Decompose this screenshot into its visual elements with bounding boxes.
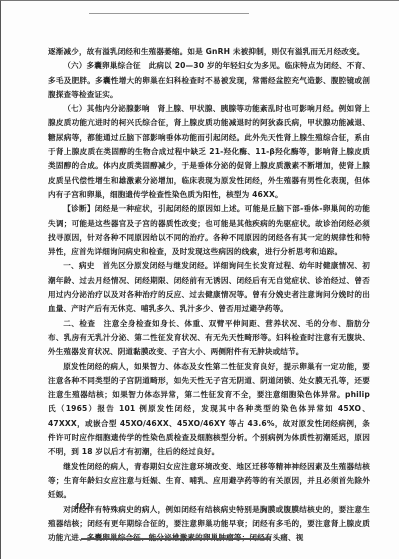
paragraph-text: 注意全身检查如身长、体重、双臂平伸间距、营养状况、毛的分布、脂肪分布、乳房有无乳… bbox=[48, 319, 370, 357]
paragraph-diagnosis: 【诊断】闭经是一种症状，引起闭经的原因如上述。可能是丘脑下部-垂体-卵巢间的功能… bbox=[48, 202, 370, 259]
body-text: 逐渐减少，故有溢乳闭经和生殖器萎缩。如是 GnRH 未被抑制，则仅有溢乳而无月经… bbox=[48, 45, 370, 545]
page-number: 402 bbox=[74, 501, 91, 511]
paragraph-examination: 二、检查 注意全身检查如身长、体重、双臂平伸间距、营养状况、毛的分布、脂肪分布、… bbox=[48, 317, 370, 360]
paragraph-primary-amenorrhea: 原发性闭经的病人，如果智力、体态及女性第二性征发育良好，提示卵巢有一定功能，要注… bbox=[48, 360, 370, 460]
section-label: （七）其他内分泌腺影响 bbox=[63, 104, 150, 113]
paragraph-text: 闭经是一种症状，引起闭经的原因如上述。可能是丘脑下部-垂体-卵巢间的功能失调；可… bbox=[48, 204, 370, 256]
paragraph-text: 首先区分原发闭经与继发闭经。详细询问生长发育过程、幼年时健康情况、初潮年龄、过去… bbox=[48, 261, 370, 313]
paragraph-text: 对闭经伴有特殊病史的病人，例如闭经有结核病史特别是胸膜或腹膜结核史的，要注意生殖… bbox=[48, 505, 370, 543]
paragraph-text: 原发性闭经的病人，如果智力、体态及女性第二性征发育良好，提示卵巢有一定功能，要注… bbox=[48, 362, 370, 457]
paragraph-text: 继发性闭经的病人，青春期妇女应注意环境改变、地区迁移等精神神经因素及生殖器结核等… bbox=[48, 462, 370, 500]
section-label: 二、检查 bbox=[63, 319, 95, 328]
paragraph-history: 一、病史 首先区分原发闭经与继发闭经。详细询问生长发育过程、幼年时健康情况、初潮… bbox=[48, 259, 370, 316]
scan-artifact-bottom-rule bbox=[81, 538, 271, 540]
paragraph-other-endocrine: （七）其他内分泌腺影响 肾上腺、甲状腺、胰腺等功能紊乱时也可影响月经。例如肾上腺… bbox=[48, 102, 370, 202]
section-label: 一、病史 bbox=[63, 261, 94, 270]
scan-artifact-top-rule bbox=[89, 13, 249, 14]
paragraph-continuation: 逐渐减少，故有溢乳闭经和生殖器萎缩。如是 GnRH 未被抑制，则仅有溢乳而无月经… bbox=[48, 45, 370, 59]
section-label: 【诊断】 bbox=[63, 204, 95, 213]
section-label: （六）多囊卵巢综合征 bbox=[63, 61, 141, 70]
paragraph-text: 逐渐减少，故有溢乳闭经和生殖器萎缩。如是 GnRH 未被抑制，则仅有溢乳而无月经… bbox=[48, 47, 365, 56]
paragraph-text: 肾上腺、甲状腺、胰腺等功能紊乱时也可影响月经。例如肾上腺皮质功能亢进时的柯兴氏综… bbox=[48, 104, 370, 199]
paragraph-secondary-amenorrhea: 继发性闭经的病人，青春期妇女应注意环境改变、地区迁移等精神神经因素及生殖器结核等… bbox=[48, 460, 370, 503]
document-page: 逐渐减少，故有溢乳闭经和生殖器萎缩。如是 GnRH 未被抑制，则仅有溢乳而无月经… bbox=[0, 0, 399, 559]
paragraph-polycystic-ovary: （六）多囊卵巢综合征 此病以 20—30 岁的年轻妇女为多见。临床特点为闭经、不… bbox=[48, 59, 370, 102]
